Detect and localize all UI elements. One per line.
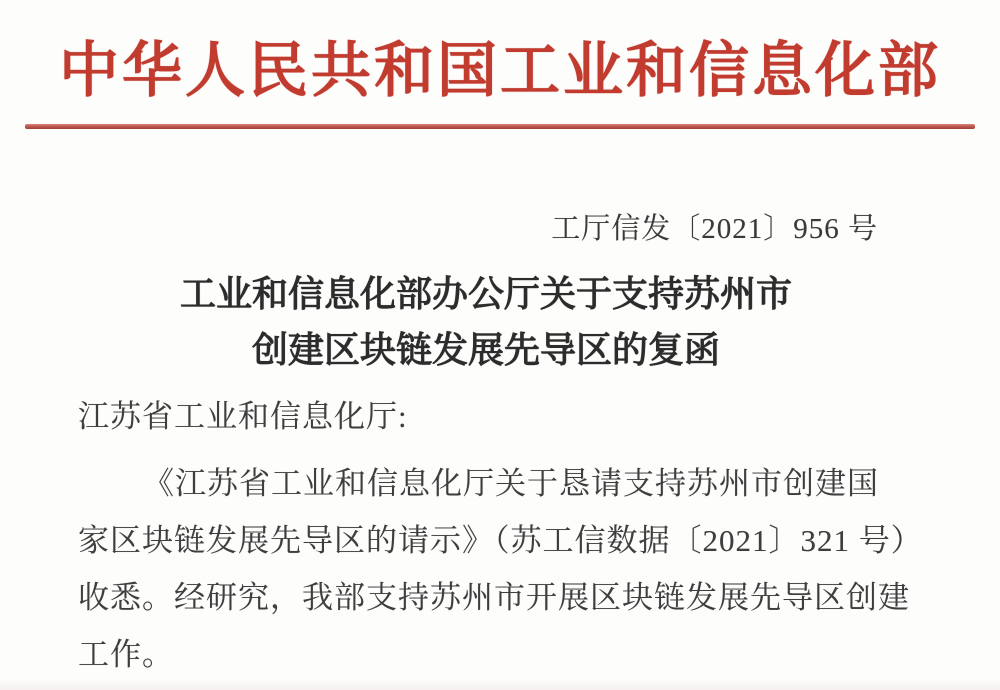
salutation-line: 江苏省工业和信息化厅: bbox=[78, 388, 950, 445]
body-line: 工作。 bbox=[78, 626, 950, 683]
document-title: 工业和信息化部办公厅关于支持苏州市 创建区块链发展先导区的复函 bbox=[0, 266, 972, 378]
document-body: 江苏省工业和信息化厅: 《江苏省工业和信息化厅关于恳请支持苏州市创建国 家区块链… bbox=[78, 388, 950, 683]
official-document-page: 中华人民共和国工业和信息化部 工厅信发〔2021〕956 号 工业和信息化部办公… bbox=[0, 0, 1000, 690]
scan-bottom-edge bbox=[0, 679, 1000, 690]
letterhead-divider-line bbox=[25, 124, 975, 129]
document-title-line2: 创建区块链发展先导区的复函 bbox=[0, 322, 972, 378]
body-line: 收悉。经研究，我部支持苏州市开展区块链发展先导区创建 bbox=[78, 569, 950, 626]
document-reference-number: 工厅信发〔2021〕956 号 bbox=[551, 212, 878, 246]
document-title-line1: 工业和信息化部办公厅关于支持苏州市 bbox=[0, 266, 972, 322]
body-line: 《江苏省工业和信息化厅关于恳请支持苏州市创建国 bbox=[78, 455, 950, 512]
letterhead-org-name: 中华人民共和国工业和信息化部 bbox=[0, 40, 1000, 102]
body-line: 家区块链发展先导区的请示》（苏工信数据〔2021〕321 号） bbox=[78, 512, 950, 569]
